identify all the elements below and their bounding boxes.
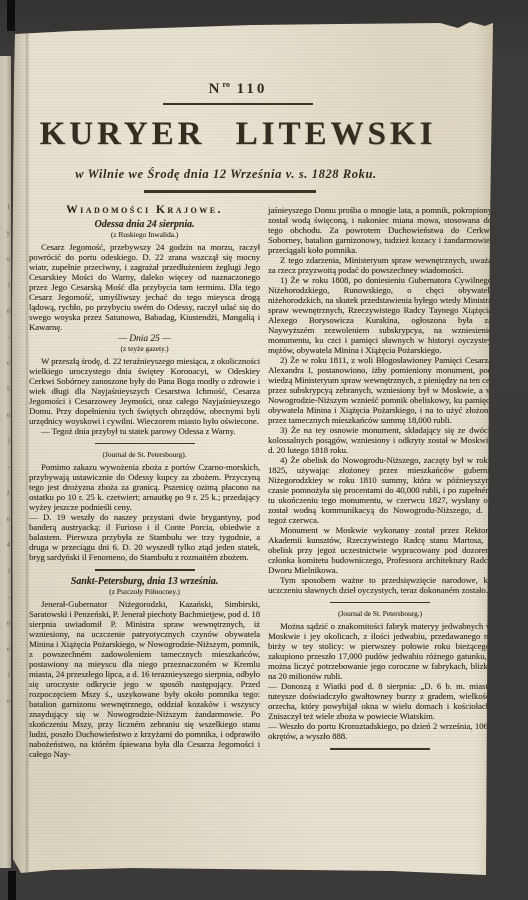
article-center: — Dnia 25 —	[29, 334, 260, 344]
article-source: (z Ruskiego Inwalida.)	[29, 230, 260, 240]
masthead: Nro 110 KURYER LITEWSKI w Wilnie we Środ…	[12, 20, 464, 193]
masthead-rule-top	[163, 103, 313, 105]
section-divider	[330, 748, 430, 750]
article-dateline: Odessa dnia 24 sierpnia.	[29, 220, 260, 230]
article-para: W przeszłą środę, d. 22 teraźnieyszego m…	[29, 356, 260, 426]
issue-prefix: N	[209, 81, 223, 97]
article-para: — Weszło do portu Kronsztadskiego, po dz…	[268, 721, 492, 741]
article-columns: Wiadomości Krajowe.Odessa dnia 24 sierpn…	[12, 205, 495, 759]
article-source: (Journal de St. Petersbourg.)	[268, 609, 492, 619]
article-para: 2) Że w roku 1811, z woli Błogosławioney…	[268, 355, 492, 425]
article-para: — Donoszą z Wiatki pod d. 8 sierpnia: „D…	[268, 681, 492, 721]
masthead-rule-bottom	[144, 190, 316, 193]
section-divider	[95, 569, 195, 571]
article-dateline: Sankt-Petersburg, dnia 13 września.	[29, 577, 260, 587]
article-para: Cesarz Jegomość, przebywszy 24 godzin na…	[29, 242, 260, 332]
issue-superscript: ro	[223, 80, 230, 89]
masthead-dateline: w Wilnie we Środę dnia 12 Września v. s.…	[12, 167, 452, 182]
facing-page-edge: 1 y o i ó - e 5 o i - ż o 4 i - o e i o	[0, 56, 11, 868]
article-para: — Tegoż dnia przybył tu statek parowy Od…	[29, 426, 260, 436]
scan-background: 1 y o i ó - e 5 o i - ż o 4 i - o e i o …	[0, 0, 528, 900]
article-para: Jenerał-Gubernator Niżegorodzki, Kazańsk…	[29, 599, 260, 759]
article-para: jaśnieyszego Domu prośba o mnogie lata, …	[268, 205, 492, 255]
article-para: 3) Że na tey osnowie monument, składając…	[268, 425, 492, 455]
binding-strip-bottom	[8, 871, 16, 900]
article-source: (z Pszczoły Północney.)	[29, 587, 260, 597]
issue-number: Nro 110	[12, 80, 464, 98]
column-left: Wiadomości Krajowe.Odessa dnia 24 sierpn…	[29, 205, 260, 759]
article-para: 1) Że w roku 1808, po doniesieniu Gubern…	[268, 275, 492, 355]
article-para: Monument w Moskwie wykonany został przez…	[268, 525, 492, 575]
newspaper-page: Nro 110 KURYER LITEWSKI w Wilnie we Środ…	[12, 20, 495, 878]
article-para: Pomimo zakazu wywożenia zboża z portów C…	[29, 462, 260, 512]
issue-value: 110	[237, 81, 268, 97]
section-divider	[330, 602, 430, 604]
article-para: 4) Że obelisk do Nowogrodu-Niższego, zac…	[268, 455, 492, 525]
newspaper-title: KURYER LITEWSKI	[12, 116, 464, 153]
article-source: (z teyże gazety.)	[29, 344, 260, 354]
fold-crease	[25, 20, 29, 878]
gutter-fragments: 1 y o i ó - e 5 o i - ż o 4 i - o e i o	[0, 56, 11, 714]
article-para: Można sądzić o znakomitości fabryk mater…	[268, 621, 492, 681]
article-para: — D. 19 weszły do naszey przystani dwie …	[29, 512, 260, 562]
article-source: (Journal de St. Petersbourg).	[29, 450, 260, 460]
article-para: Tym sposobem ważne to przedsięwzięcie na…	[268, 575, 492, 595]
article-para: Z tego zdarzenia, Ministeryum spraw wewn…	[268, 255, 492, 275]
article-section: Wiadomości Krajowe.	[29, 205, 260, 215]
binding-strip-top	[7, 0, 15, 31]
column-right: jaśnieyszego Domu prośba o mnogie lata, …	[268, 205, 492, 759]
section-divider	[95, 443, 195, 445]
